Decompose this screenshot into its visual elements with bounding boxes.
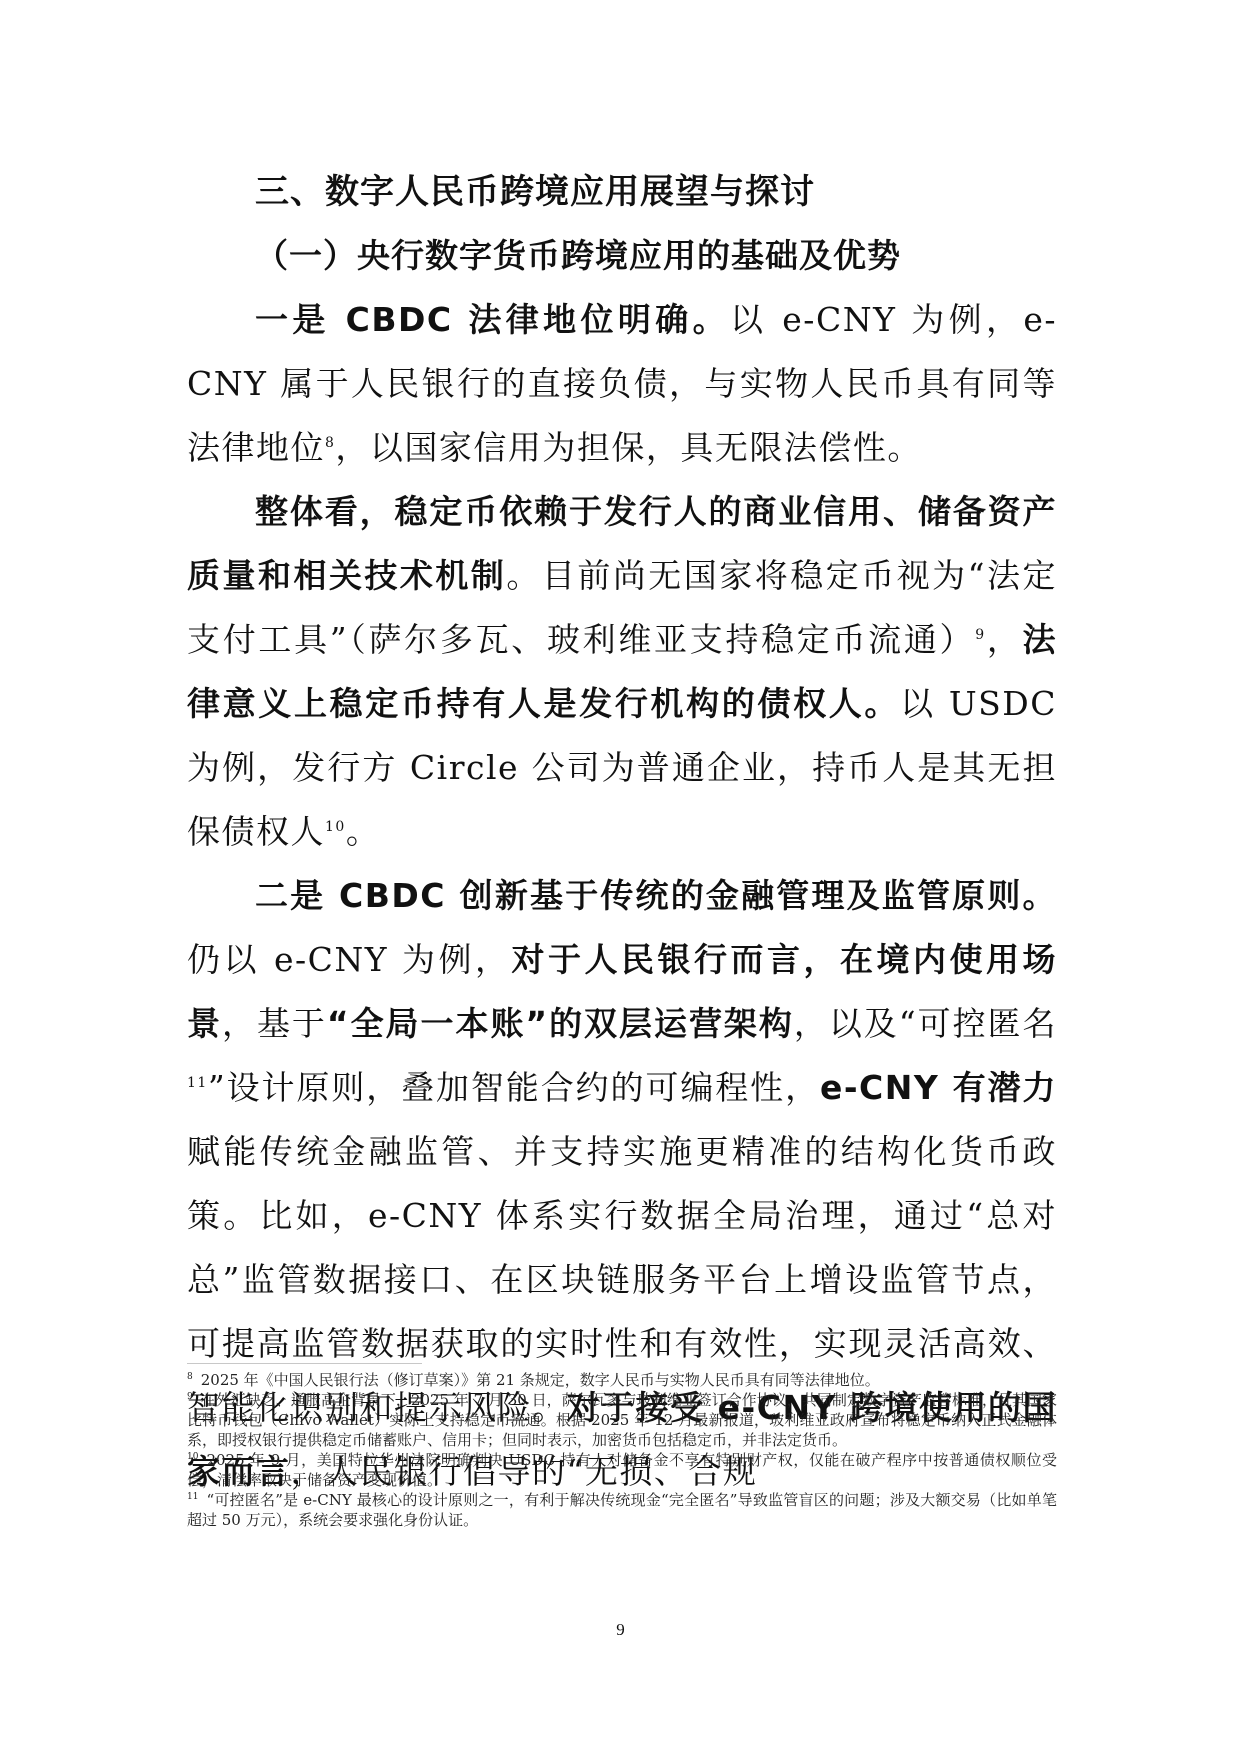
footnote-text: “可控匿名”是 e-CNY 最核心的设计原则之一，有利于解决传统现金“完全匿名”… bbox=[187, 1491, 1057, 1529]
paragraph-text: ，以国家信用为担保，具无限法偿性。 bbox=[335, 428, 922, 467]
bold-emphasis: e-CNY 有潜力 bbox=[820, 1068, 1057, 1107]
paragraph-text: ，基于 bbox=[222, 1004, 327, 1043]
subsection-heading: （一）央行数字货币跨境应用的基础及优势 bbox=[187, 224, 1057, 288]
footnote-11: 11“可控匿名”是 e-CNY 最核心的设计原则之一，有利于解决传统现金“完全匿… bbox=[187, 1490, 1057, 1530]
footnote-separator bbox=[187, 1363, 422, 1364]
bold-emphasis: “全局一本账”的双层运营架构 bbox=[327, 1004, 794, 1043]
paragraph-text: ， bbox=[986, 620, 1023, 659]
paragraph-text: ”设计原则，叠加智能合约的可编程性， bbox=[208, 1068, 820, 1107]
paragraph-stablecoin: 整体看，稳定币依赖于发行人的商业信用、储备资产质量和相关技术机制。目前尚无国家将… bbox=[187, 480, 1057, 864]
footnote-ref[interactable]: 10 bbox=[325, 819, 346, 835]
footnote-text: 在外汇缺乏、通胀高企背景下，2025 年 7 月 30 日，萨尔瓦多与玻利维亚签… bbox=[187, 1391, 1057, 1449]
document-page: 三、数字人民币跨境应用展望与探讨 （一）央行数字货币跨境应用的基础及优势 一是 … bbox=[0, 0, 1241, 1754]
footnotes: 82025 年《中国人民银行法（修订草案）》第 21 条规定，数字人民币与实物人… bbox=[187, 1370, 1057, 1530]
footnote-text: 2025 年 9 月，美国特拉华州法院明确判决 USDC 持有人对储备金不享有特… bbox=[187, 1451, 1057, 1489]
page-number: 9 bbox=[0, 1620, 1241, 1640]
footnote-number: 8 bbox=[187, 1372, 193, 1382]
body-content: 三、数字人民币跨境应用展望与探讨 （一）央行数字货币跨境应用的基础及优势 一是 … bbox=[187, 160, 1057, 1504]
footnote-number: 11 bbox=[187, 1492, 198, 1502]
footnote-8: 82025 年《中国人民银行法（修订草案）》第 21 条规定，数字人民币与实物人… bbox=[187, 1370, 1057, 1390]
paragraph-text: 仍以 e-CNY 为例， bbox=[187, 940, 512, 979]
footnote-ref[interactable]: 9 bbox=[975, 627, 985, 643]
paragraph-text: 。 bbox=[346, 812, 381, 851]
bold-lead: 二是 CBDC 创新基于传统的金融管理及监管原则。 bbox=[255, 876, 1057, 915]
section-heading: 三、数字人民币跨境应用展望与探讨 bbox=[187, 160, 1057, 224]
bold-lead: 一是 CBDC 法律地位明确。 bbox=[255, 300, 730, 339]
paragraph-legal-status: 一是 CBDC 法律地位明确。以 e-CNY 为例，e-CNY 属于人民银行的直… bbox=[187, 288, 1057, 480]
footnote-number: 10 bbox=[187, 1452, 198, 1462]
footnote-number: 9 bbox=[187, 1392, 193, 1402]
footnote-9: 9在外汇缺乏、通胀高企背景下，2025 年 7 月 30 日，萨尔瓦多与玻利维亚… bbox=[187, 1390, 1057, 1450]
footnote-10: 102025 年 9 月，美国特拉华州法院明确判决 USDC 持有人对储备金不享… bbox=[187, 1450, 1057, 1490]
footnote-ref[interactable]: 11 bbox=[187, 1075, 208, 1091]
footnote-text: 2025 年《中国人民银行法（修订草案）》第 21 条规定，数字人民币与实物人民… bbox=[201, 1371, 880, 1389]
footnote-ref[interactable]: 8 bbox=[325, 435, 335, 451]
paragraph-text: ，以及“可控匿名 bbox=[794, 1004, 1057, 1043]
